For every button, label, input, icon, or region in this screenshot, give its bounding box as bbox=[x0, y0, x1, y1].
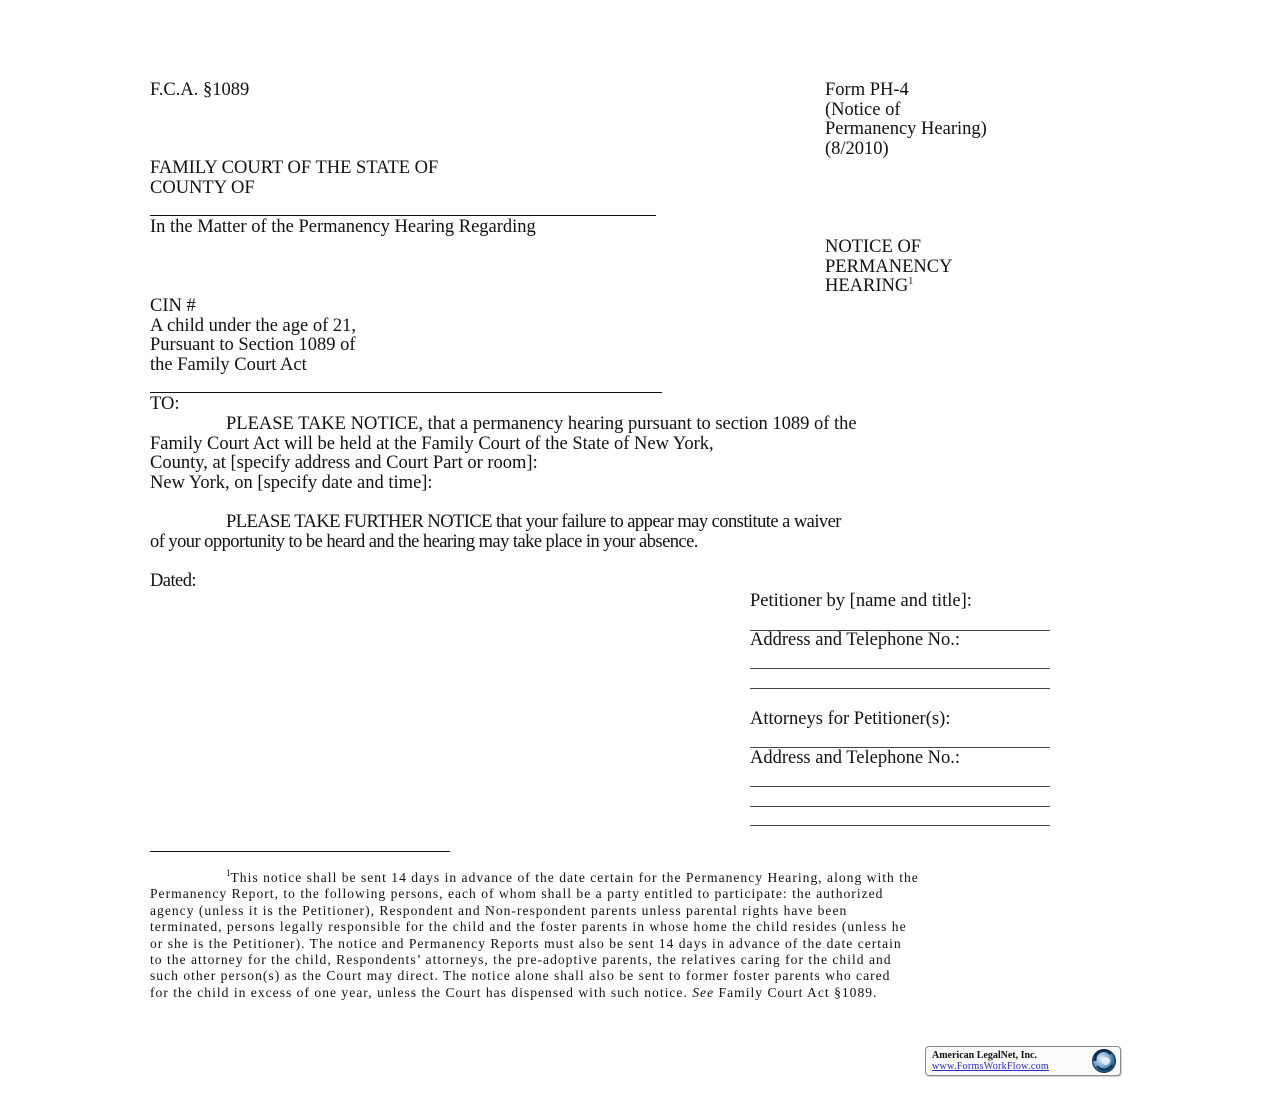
footnote-citation: Family Court Act §1089. bbox=[714, 985, 877, 1000]
footnote: 1This notice shall be sent 14 days in ad… bbox=[150, 870, 1125, 1001]
notice-paragraph: PLEASE TAKE NOTICE, that a permanency he… bbox=[150, 415, 857, 493]
document-title: NOTICE OF PERMANENCY HEARING1 bbox=[825, 238, 952, 297]
attorneys-address-blank-1[interactable] bbox=[750, 786, 1050, 787]
footnote-reference-mark: 1 bbox=[908, 276, 913, 287]
footnote-line-6: to the attorney for the child, Responden… bbox=[150, 952, 1125, 968]
title-line-2: PERMANENCY bbox=[825, 258, 952, 278]
notice-line-3: County, at [specify address and Court Pa… bbox=[150, 454, 857, 474]
court-name-line1: FAMILY COURT OF THE STATE OF bbox=[150, 159, 438, 179]
statute-reference: F.C.A. §1089 bbox=[150, 81, 249, 101]
further-notice-paragraph: PLEASE TAKE FURTHER NOTICE that your fai… bbox=[150, 513, 841, 552]
footnote-line-1: This notice shall be sent 14 days in adv… bbox=[231, 870, 919, 885]
petitioner-address-blank-2[interactable] bbox=[750, 688, 1050, 689]
title-line-3: HEARING bbox=[825, 276, 908, 296]
caption-top-rule bbox=[150, 215, 656, 216]
footnote-separator bbox=[150, 851, 450, 852]
caption-bottom-rule bbox=[150, 392, 662, 393]
caption-line-3: Pursuant to Section 1089 of bbox=[150, 336, 356, 356]
american-legalnet-badge[interactable]: American LegalNet, Inc. www.FormsWorkFlo… bbox=[925, 1046, 1121, 1076]
form-id-block: Form PH-4 (Notice of Permanency Hearing)… bbox=[825, 81, 987, 159]
title-line-1: NOTICE OF bbox=[825, 238, 952, 258]
form-revision-date: (8/2010) bbox=[825, 140, 987, 160]
cin-label: CIN # bbox=[150, 297, 356, 317]
website-link[interactable]: www.FormsWorkFlow.com bbox=[932, 1061, 1049, 1072]
form-description-1: (Notice of bbox=[825, 101, 987, 121]
attorneys-address-label: Address and Telephone No.: bbox=[750, 749, 960, 769]
to-label: TO: bbox=[150, 395, 179, 415]
dated-label: Dated: bbox=[150, 572, 196, 592]
further-notice-line-2: of your opportunity to be heard and the … bbox=[150, 533, 841, 553]
further-notice-line-1: PLEASE TAKE FURTHER NOTICE that your fai… bbox=[150, 513, 841, 533]
petitioner-address-blank-1[interactable] bbox=[750, 668, 1050, 669]
caption-line-4: the Family Court Act bbox=[150, 356, 356, 376]
attorneys-address-blank-3[interactable] bbox=[750, 825, 1050, 826]
notice-line-1: PLEASE TAKE NOTICE, that a permanency he… bbox=[150, 415, 857, 435]
petitioner-label: Petitioner by [name and title]: bbox=[750, 592, 972, 612]
footnote-line-5: or she is the Petitioner). The notice an… bbox=[150, 936, 1125, 952]
footnote-line-7: such other person(s) as the Court may di… bbox=[150, 968, 1125, 984]
form-number: Form PH-4 bbox=[825, 81, 987, 101]
form-description-2: Permanency Hearing) bbox=[825, 120, 987, 140]
footnote-line-4: terminated, persons legally responsible … bbox=[150, 919, 1125, 935]
footnote-line-2: Permanency Report, to the following pers… bbox=[150, 886, 1125, 902]
company-name: American LegalNet, Inc. bbox=[932, 1050, 1037, 1061]
globe-logo-icon bbox=[1091, 1048, 1117, 1074]
attorneys-label: Attorneys for Petitioner(s): bbox=[750, 710, 950, 730]
notice-line-2: Family Court Act will be held at the Fam… bbox=[150, 435, 857, 455]
petitioner-address-label: Address and Telephone No.: bbox=[750, 631, 960, 651]
attorneys-address-blank-2[interactable] bbox=[750, 806, 1050, 807]
notice-line-4: New York, on [specify date and time]: bbox=[150, 474, 857, 494]
footnote-line-8: for the child in excess of one year, unl… bbox=[150, 985, 692, 1000]
matter-heading: In the Matter of the Permanency Hearing … bbox=[150, 218, 536, 238]
footnote-see-signal: See bbox=[692, 985, 714, 1000]
child-caption: CIN # A child under the age of 21, Pursu… bbox=[150, 297, 356, 375]
footnote-line-3: agency (unless it is the Petitioner), Re… bbox=[150, 903, 1125, 919]
court-county-line: COUNTY OF bbox=[150, 179, 255, 199]
caption-line-2: A child under the age of 21, bbox=[150, 317, 356, 337]
